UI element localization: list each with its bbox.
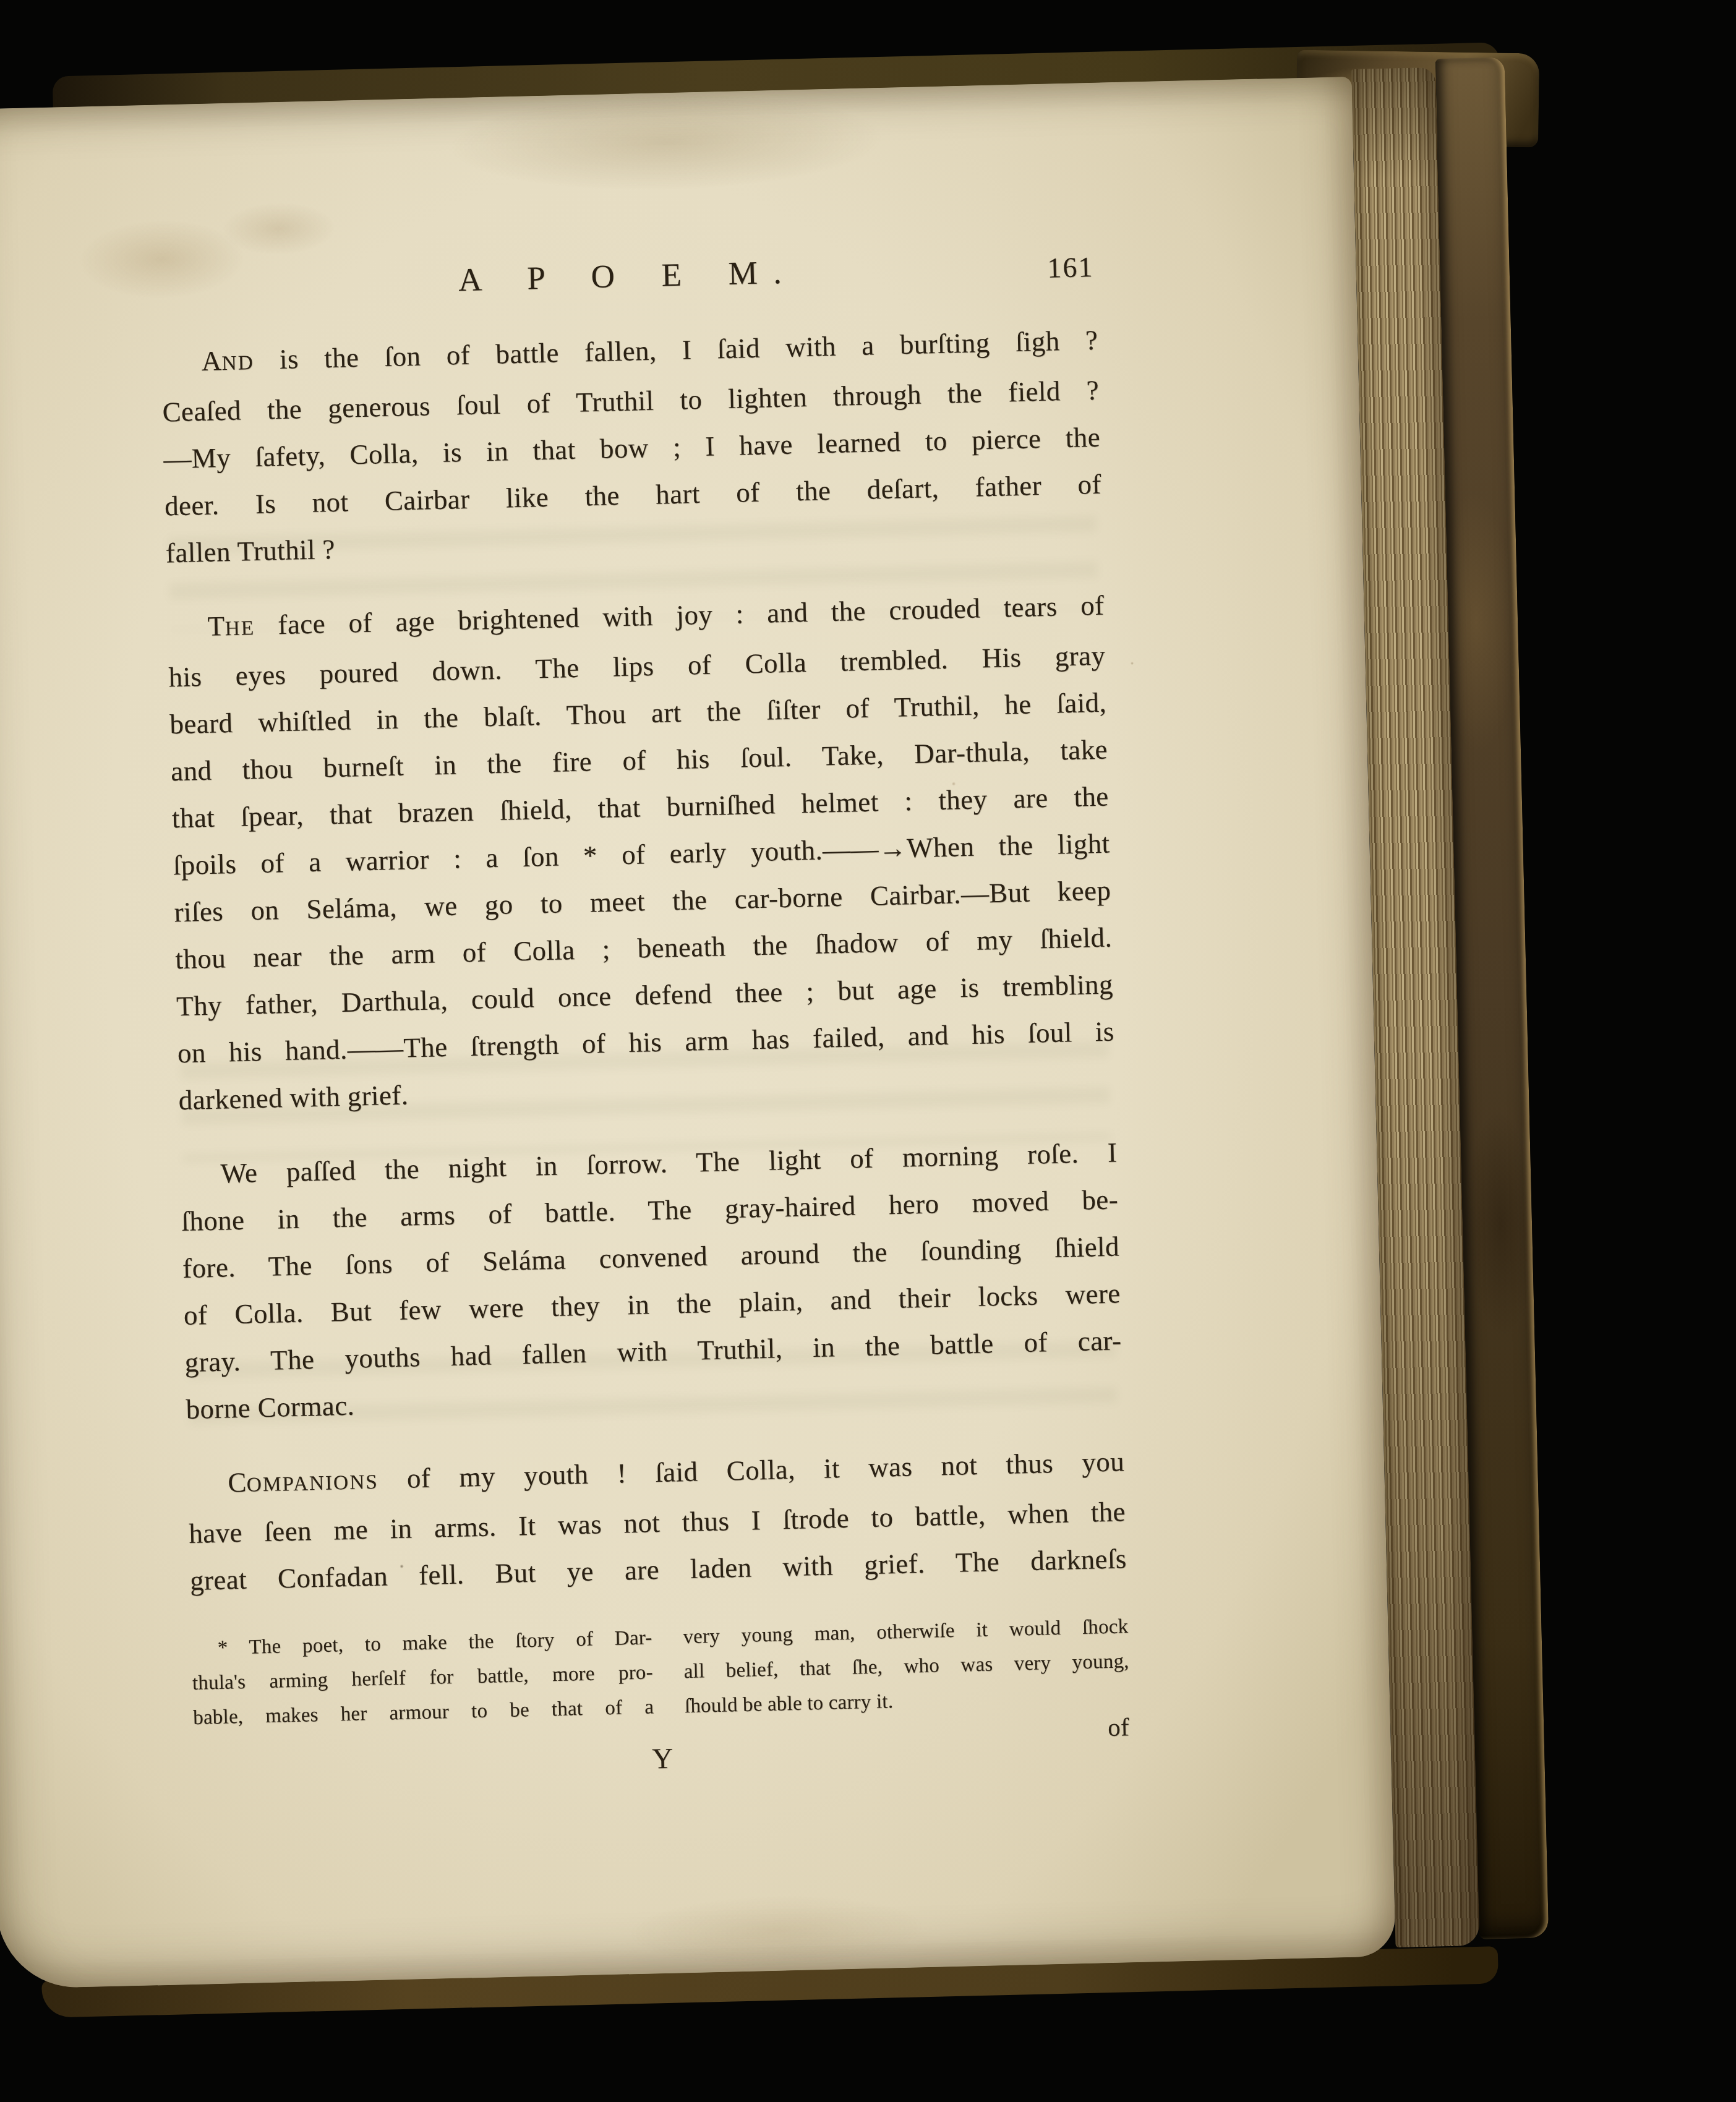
paragraph: We paſſed the night in ſorrow. The light…	[180, 1129, 1123, 1433]
catchword: of	[1107, 1703, 1130, 1751]
page-number: 161	[1047, 246, 1095, 290]
page-title: A P O E M.	[159, 244, 1097, 309]
book: A P O E M. 161 AND is the ſon of battle …	[0, 47, 1607, 2032]
small-caps: ND	[221, 351, 254, 375]
small-caps: OMPANIONS	[246, 1471, 378, 1497]
footnote: * The poet, to make the ſtory of Dar-thu…	[191, 1609, 1131, 1735]
poem-paragraphs: AND is the ſon of battle fallen, I ſaid …	[161, 317, 1127, 1604]
book-page: A P O E M. 161 AND is the ſon of battle …	[0, 77, 1396, 1989]
small-caps: HE	[224, 617, 255, 640]
signature-mark: Y	[652, 1735, 674, 1783]
footnote-column: * The poet, to make the ſtory of Dar-thu…	[191, 1620, 654, 1735]
paragraph: AND is the ſon of battle fallen, I ſaid …	[161, 317, 1103, 577]
paragraph: COMPANIONS of my youth ! ſaid Colla, it …	[187, 1438, 1127, 1604]
book-photo: { "document": { "header": { "title": "A …	[0, 0, 1736, 2102]
footnote-column: very young man, otherwiſe it would ſhock…	[683, 1609, 1131, 1724]
paragraph: THE face of age brightened with joy : an…	[167, 582, 1116, 1124]
page-content: A P O E M. 161 AND is the ſon of battle …	[159, 244, 1132, 1807]
running-header: A P O E M. 161	[159, 244, 1097, 309]
